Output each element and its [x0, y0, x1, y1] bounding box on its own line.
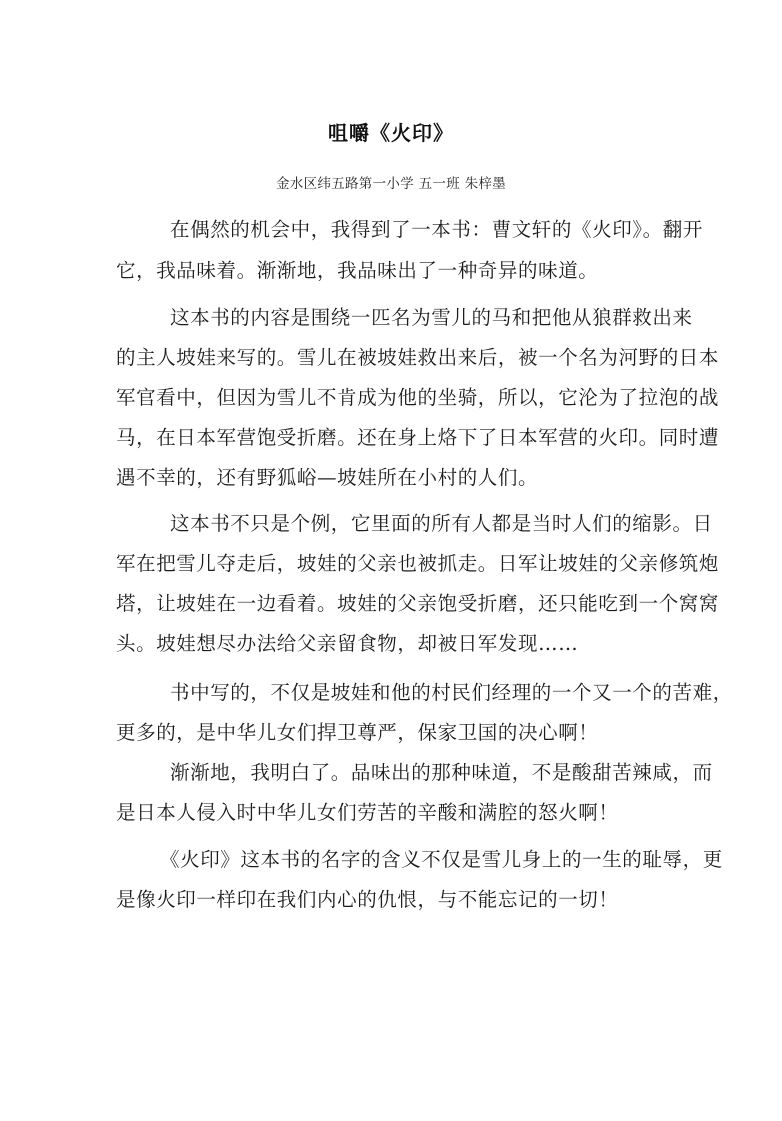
author-byline: 金水区纬五路第一小学 五一班 朱梓墨 [0, 172, 782, 192]
text-line: 遇不幸的，还有野狐峪—坡娃所在小村的人们。 [116, 466, 676, 490]
text-line: 它，我品味着。渐渐地，我品味出了一种奇异的味道。 [116, 259, 676, 283]
text-line: 头。坡娃想尽办法给父亲留食物，却被日军发现…… [116, 632, 676, 656]
text-line: 这本书的内容是围绕一匹名为雪儿的马和把他从狼群救出来 [170, 306, 730, 330]
text-line: 的主人坡娃来写的。雪儿在被坡娃救出来后，被一个名为河野的日本 [116, 346, 676, 370]
text-line: 是像火印一样印在我们内心的仇恨，与不能忘记的一切！ [116, 888, 676, 912]
text-line: 马，在日本军营饱受折磨。还在身上烙下了日本军营的火印。同时遭 [116, 426, 676, 450]
text-line: 更多的，是中华儿女们捍卫尊严，保家卫国的决心啊！ [116, 721, 676, 745]
text-line: 军在把雪儿夺走后，坡娃的父亲也被抓走。日军让坡娃的父亲修筑炮 [116, 552, 676, 576]
text-line: 这本书不只是个例，它里面的所有人都是当时人们的缩影。日 [170, 512, 730, 536]
text-line: 是日本人侵入时中华儿女们劳苦的辛酸和满腔的怒火啊！ [116, 801, 676, 825]
text-line: 军官看中，但因为雪儿不肯成为他的坐骑，所以，它沦为了拉泡的战 [116, 386, 676, 410]
text-line: 在偶然的机会中，我得到了一本书：曹文轩的《火印》。翻开 [170, 218, 730, 242]
text-line: 塔，让坡娃在一边看着。坡娃的父亲饱受折磨，还只能吃到一个窝窝 [116, 592, 676, 616]
text-line: 《火印》这本书的名字的含义不仅是雪儿身上的一生的耻辱，更 [160, 848, 720, 872]
text-line: 渐渐地，我明白了。品味出的那种味道，不是酸甜苦辣咸，而 [170, 761, 730, 785]
document-title: 咀嚼《火印》 [0, 117, 782, 146]
text-line: 书中写的，不仅是坡娃和他的村民们经理的一个又一个的苦难， [170, 681, 730, 705]
